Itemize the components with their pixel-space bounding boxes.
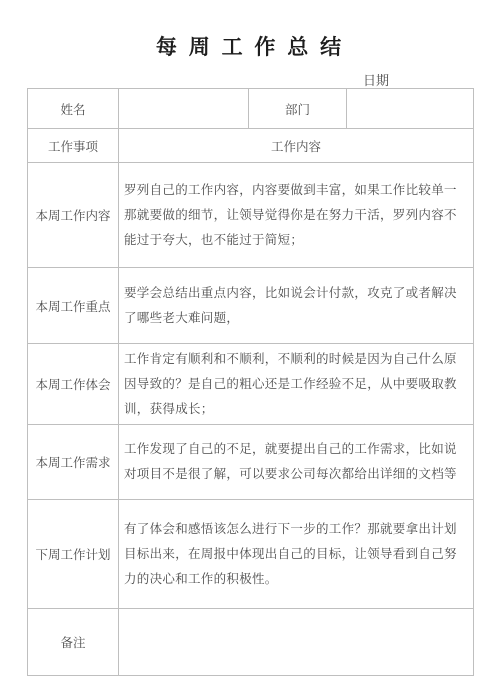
this-week-content-text: 罗列自己的工作内容，内容要做到丰富，如果工作比较单一那就要做的细节，让领导觉得你… [119, 163, 474, 268]
department-label: 部门 [249, 89, 347, 129]
name-label: 姓名 [28, 89, 119, 129]
this-week-experience-text: 工作肯定有顺利和不顺利，不顺利的时候是因为自己什么原因导致的？是自己的粗心还是工… [119, 344, 474, 425]
page-title: 每 周 工 作 总 结 [0, 31, 500, 61]
this-week-content-label: 本周工作内容 [28, 163, 119, 268]
table-row: 本周工作需求 工作发现了自己的不足，就要提出自己的工作需求，比如说对项目不是很了… [28, 425, 474, 500]
document-page: 每 周 工 作 总 结 日期 姓名 部门 工作事项 工作内容 本周工作内容 罗列… [0, 0, 500, 694]
name-value-cell[interactable] [119, 89, 249, 129]
this-week-needs-label: 本周工作需求 [28, 425, 119, 500]
this-week-needs-text: 工作发现了自己的不足，就要提出自己的工作需求，比如说对项目不是很了解，可以要求公… [119, 425, 474, 500]
next-week-plan-label: 下周工作计划 [28, 500, 119, 609]
this-week-experience-label: 本周工作体会 [28, 344, 119, 425]
date-label: 日期 [363, 70, 389, 89]
remarks-value-cell[interactable] [119, 609, 474, 676]
table-row: 本周工作重点 要学会总结出重点内容，比如说会计付款，攻克了或者解决了哪些老大难问… [28, 268, 474, 344]
table-row: 工作事项 工作内容 [28, 129, 474, 163]
table-row: 本周工作内容 罗列自己的工作内容，内容要做到丰富，如果工作比较单一那就要做的细节… [28, 163, 474, 268]
this-week-focus-label: 本周工作重点 [28, 268, 119, 344]
table-row: 备注 [28, 609, 474, 676]
next-week-plan-text: 有了体会和感悟该怎么进行下一步的工作？那就要拿出计划目标出来，在周报中体现出自己… [119, 500, 474, 609]
table-row: 姓名 部门 [28, 89, 474, 129]
this-week-focus-text: 要学会总结出重点内容，比如说会计付款，攻克了或者解决了哪些老大难问题， [119, 268, 474, 344]
weekly-summary-table: 姓名 部门 工作事项 工作内容 本周工作内容 罗列自己的工作内容，内容要做到丰富… [27, 88, 474, 676]
remarks-label: 备注 [28, 609, 119, 676]
table-row: 本周工作体会 工作肯定有顺利和不顺利，不顺利的时候是因为自己什么原因导致的？是自… [28, 344, 474, 425]
department-value-cell[interactable] [347, 89, 474, 129]
work-content-header: 工作内容 [119, 129, 474, 163]
table-row: 下周工作计划 有了体会和感悟该怎么进行下一步的工作？那就要拿出计划目标出来，在周… [28, 500, 474, 609]
work-item-header: 工作事项 [28, 129, 119, 163]
